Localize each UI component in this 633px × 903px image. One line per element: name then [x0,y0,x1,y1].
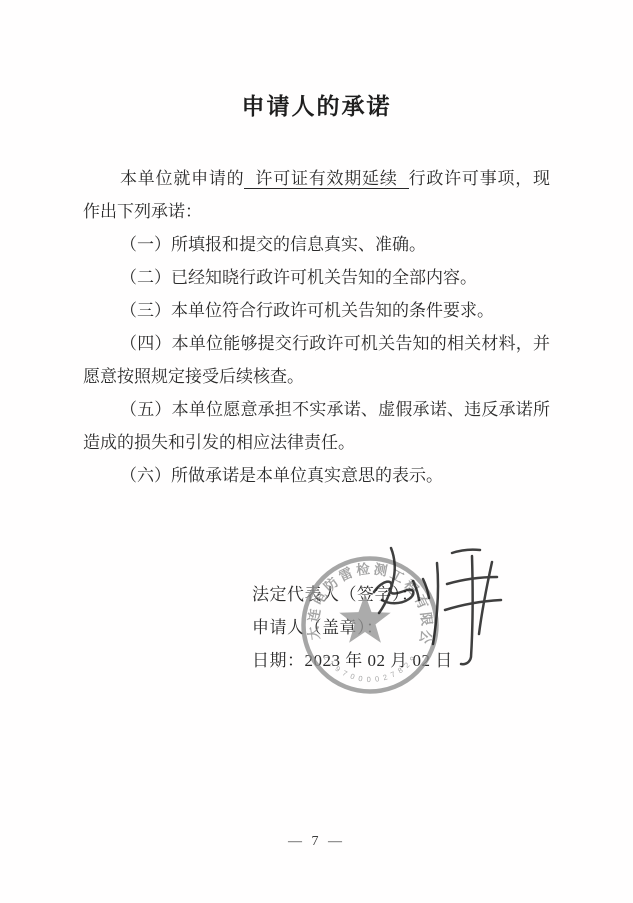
opening-paragraph-line-2: 作出下列承诺： [83,195,550,228]
commitment-item-4: （四）本单位能够提交行政许可机关告知的相关材料，并 [83,327,550,360]
commitment-item-4-wrap: 愿意按照规定接受后续核查。 [83,360,550,393]
page-title: 申请人的承诺 [0,88,633,121]
license-type-underlined-field: 许可证有效期延续 [244,169,408,189]
commitment-item-5-wrap: 造成的损失和引发的相应法律责任。 [83,426,550,459]
page-number: — 7 — [0,834,633,850]
document-body: 本单位就申请的许可证有效期延续行政许可事项，现 作出下列承诺： （一）所填报和提… [83,162,550,492]
commitment-item-6: （六）所做承诺是本单位真实意思的表示。 [83,459,550,492]
commitment-item-1: （一）所填报和提交的信息真实、准确。 [83,228,550,261]
paragraph-suffix: 行政许可事项，现 [409,169,550,188]
commitment-item-3: （三）本单位符合行政许可机关告知的条件要求。 [83,294,550,327]
applicant-seal-label: 申请人（盖章）： [252,611,552,644]
signature-block: 法定代表人（签字）： 申请人（盖章）： 日期：2023 年 02 月 02 日 [252,578,552,677]
opening-paragraph-line-1: 本单位就申请的许可证有效期延续行政许可事项，现 [83,162,550,195]
commitment-item-2: （二）已经知晓行政许可机关告知的全部内容。 [83,261,550,294]
legal-representative-signature-label: 法定代表人（签字）： [252,578,552,611]
commitment-item-5: （五）本单位愿意承担不实承诺、虚假承诺、违反承诺所 [83,393,550,426]
paragraph-prefix: 本单位就申请的 [120,169,244,188]
document-page: 申请人的承诺 本单位就申请的许可证有效期延续行政许可事项，现 作出下列承诺： （… [0,0,633,903]
date-line: 日期：2023 年 02 月 02 日 [252,644,552,677]
